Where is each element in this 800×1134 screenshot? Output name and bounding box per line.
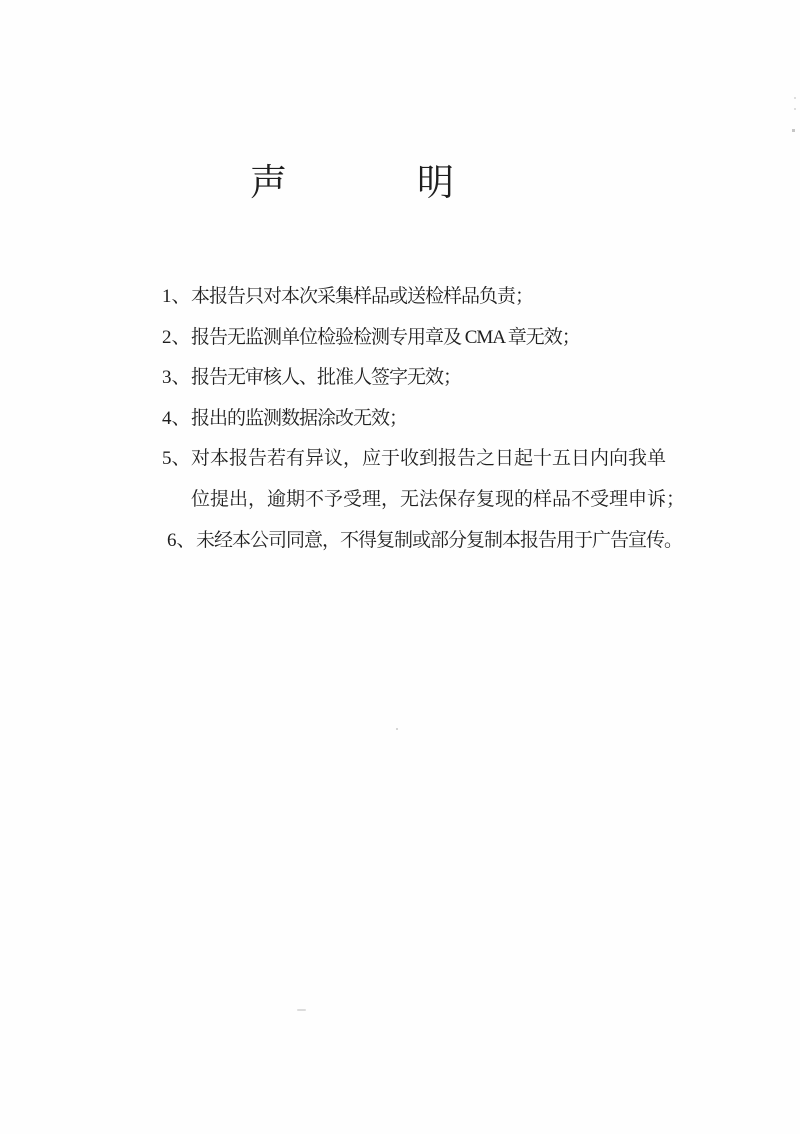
document-title: 声 明 — [250, 164, 454, 205]
scan-speck — [794, 97, 796, 99]
item-text: 报出的监测数据涂改无效； — [191, 408, 407, 429]
item-text: 位提出，逾期不予受理，无法保存复现的样品不受理申诉； — [191, 489, 685, 510]
scan-speck — [297, 1009, 306, 1011]
declaration-list: 1、本报告只对本次采集样品或送检样品负责； 2、报告无监测单位检验检测专用章及 … — [162, 277, 722, 561]
item-number: 1、 — [162, 277, 191, 318]
declaration-line: 4、报出的监测数据涂改无效； — [162, 399, 722, 440]
scan-speck — [792, 129, 795, 132]
scan-speck — [794, 108, 796, 110]
declaration-item-2: 2、报告无监测单位检验检测专用章及 CMA 章无效； — [162, 318, 722, 359]
title-char-sheng: 声 — [250, 164, 287, 205]
item-number: 2、 — [162, 318, 191, 359]
declaration-line: 3、报告无审核人、批准人签字无效； — [162, 358, 722, 399]
item-number: 5、 — [162, 439, 191, 480]
document-page: 声 明 1、本报告只对本次采集样品或送检样品负责； 2、报告无监测单位检验检测专… — [0, 0, 800, 1134]
declaration-item-3: 3、报告无审核人、批准人签字无效； — [162, 358, 722, 399]
declaration-line: 6、未经本公司同意，不得复制或部分复制本报告用于广告宣传。 — [162, 521, 722, 562]
item-number: 3、 — [162, 358, 191, 399]
declaration-line: 5、对本报告若有异议，应于收到报告之日起十五日内向我单 — [162, 439, 722, 480]
item-text: 未经本公司同意，不得复制或部分复制本报告用于广告宣传。 — [196, 530, 682, 551]
declaration-item-6: 6、未经本公司同意，不得复制或部分复制本报告用于广告宣传。 — [162, 521, 722, 562]
item-text: 报告无审核人、批准人签字无效； — [191, 367, 461, 388]
item-text: 报告无监测单位检验检测专用章及 CMA 章无效； — [191, 327, 580, 348]
title-char-ming: 明 — [417, 164, 454, 205]
item-text: 本报告只对本次采集样品或送检样品负责； — [191, 286, 533, 307]
declaration-item-5: 5、对本报告若有异议，应于收到报告之日起十五日内向我单 位提出，逾期不予受理，无… — [162, 439, 722, 520]
declaration-line: 2、报告无监测单位检验检测专用章及 CMA 章无效； — [162, 318, 722, 359]
declaration-item-1: 1、本报告只对本次采集样品或送检样品负责； — [162, 277, 722, 318]
scan-speck — [396, 728, 398, 730]
declaration-line: 1、本报告只对本次采集样品或送检样品负责； — [162, 277, 722, 318]
declaration-line-continuation: 位提出，逾期不予受理，无法保存复现的样品不受理申诉； — [162, 480, 722, 521]
item-text: 对本报告若有异议，应于收到报告之日起十五日内向我单 — [191, 448, 666, 469]
item-number: 6、 — [167, 521, 196, 562]
declaration-item-4: 4、报出的监测数据涂改无效； — [162, 399, 722, 440]
item-number: 4、 — [162, 399, 191, 440]
